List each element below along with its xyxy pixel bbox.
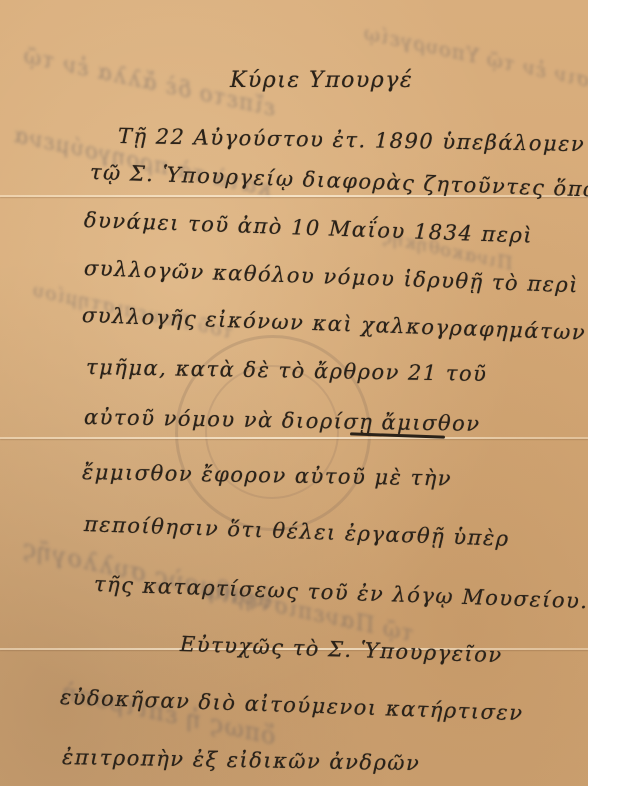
letter-line: ἐπιτροπὴν ἐξ εἰδικῶν ἀνδρῶν — [62, 745, 421, 775]
fold-line — [0, 437, 588, 439]
letter-line: συλλογῆς εἰκόνων καὶ χαλκογραφημάτων — [82, 303, 587, 345]
salutation: Κύριε Υπουργέ — [230, 68, 413, 93]
letter-line: δυνάμει τοῦ ἀπὸ 10 Μαΐου 1834 περὶ — [84, 208, 534, 248]
letter-page: μετάβασιν ἐν τῷ Υπουργείῳ εἴπετο δὲ ἄλλα… — [0, 0, 588, 786]
letter-line: τμῆμα, κατὰ δὲ τὸ ἄρθρον 21 τοῦ — [86, 355, 488, 386]
letter-line: ἔμμισθον ἔφορον αὐτοῦ μὲ τὴν — [82, 460, 452, 490]
letter-line: αὐτοῦ νόμου νὰ διορίσῃ ἄμισθον — [84, 405, 481, 436]
letter-line: Εὐτυχῶς τὸ Σ. Ὑπουργεῖον — [180, 632, 503, 667]
bleed-through-text: μετάβασιν ἐν τῷ Υπουργείῳ — [361, 20, 588, 108]
letter-line: Τῇ 22 Αὐγούστου ἐτ. 1890 ὑπεβάλομεν — [118, 124, 586, 156]
